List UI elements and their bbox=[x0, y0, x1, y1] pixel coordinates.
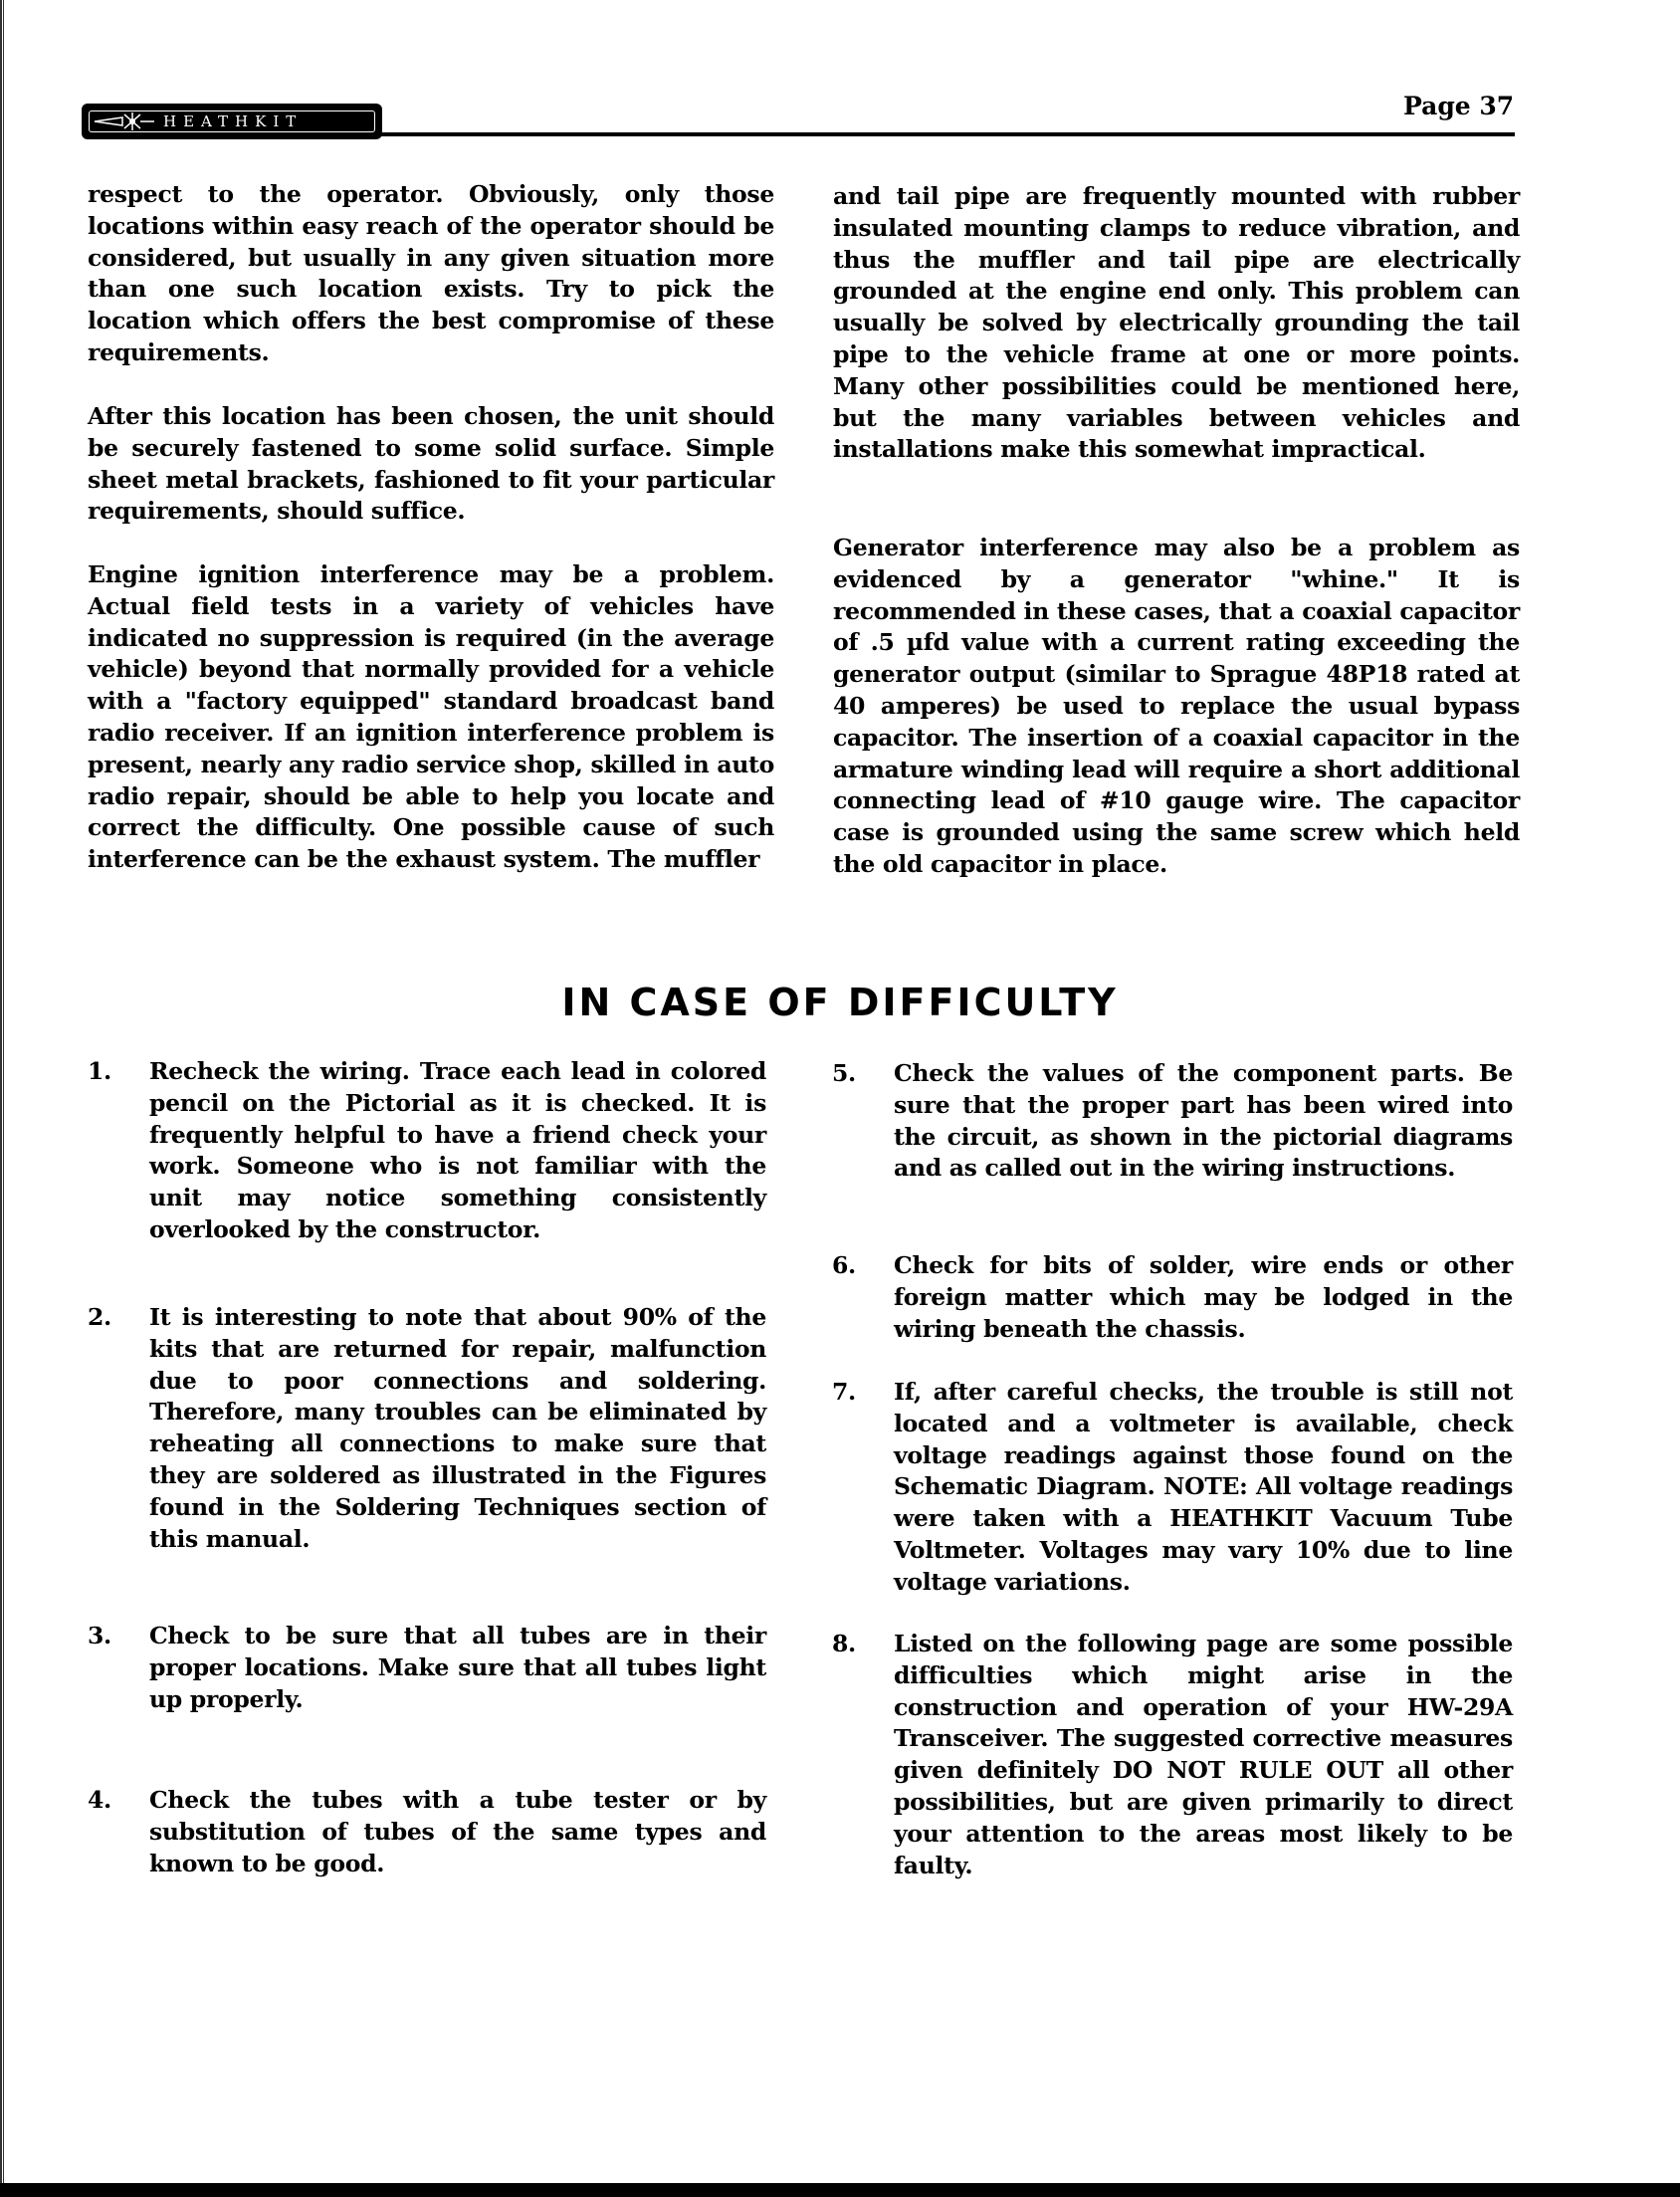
list-item: 2. It is interesting to note that about … bbox=[88, 1302, 766, 1555]
atom-star-icon bbox=[90, 111, 159, 131]
scan-bottom-edge bbox=[0, 2183, 1680, 2197]
paragraph-mounting: After this location has been chosen, the… bbox=[88, 401, 774, 528]
list-item: 5. Check the values of the component par… bbox=[832, 1058, 1513, 1185]
paragraph-ignition-interference: Engine ignition interference may be a pr… bbox=[88, 559, 774, 876]
list-item: 1. Recheck the wiring. Trace each lead i… bbox=[88, 1056, 766, 1246]
item-text: Check for bits of solder, wire ends or o… bbox=[894, 1250, 1513, 1345]
list-item: 6. Check for bits of solder, wire ends o… bbox=[832, 1250, 1513, 1345]
list-item: 4. Check the tubes with a tube tester or… bbox=[88, 1785, 766, 1879]
item-text: Recheck the wiring. Trace each lead in c… bbox=[149, 1056, 766, 1246]
paragraph-tail-pipe: and tail pipe are frequently mounted wit… bbox=[833, 181, 1520, 466]
paragraph-generator-interference: Generator interference may also be a pro… bbox=[833, 533, 1520, 881]
item-text: Check the tubes with a tube tester or by… bbox=[149, 1785, 766, 1879]
list-item: 3. Check to be sure that all tubes are i… bbox=[88, 1621, 766, 1715]
item-text: Check the values of the component parts.… bbox=[894, 1058, 1513, 1185]
list-item: 7. If, after careful checks, the trouble… bbox=[832, 1377, 1513, 1599]
item-number: 3. bbox=[88, 1621, 149, 1715]
page-number: Page 37 bbox=[1403, 92, 1514, 120]
item-number: 2. bbox=[88, 1302, 149, 1555]
item-text: Listed on the following page are some po… bbox=[894, 1629, 1513, 1881]
item-number: 8. bbox=[832, 1629, 894, 1881]
heathkit-logo: HEATHKIT bbox=[82, 104, 382, 139]
section-title: IN CASE OF DIFFICULTY bbox=[0, 981, 1680, 1024]
scan-edge bbox=[0, 0, 6, 2197]
item-text: It is interesting to note that about 90%… bbox=[149, 1302, 766, 1555]
list-item: 8. Listed on the following page are some… bbox=[832, 1629, 1513, 1881]
item-text: Check to be sure that all tubes are in t… bbox=[149, 1621, 766, 1715]
item-number: 1. bbox=[88, 1056, 149, 1246]
logo-text: HEATHKIT bbox=[159, 112, 303, 130]
item-text: If, after careful checks, the trouble is… bbox=[894, 1377, 1513, 1599]
item-number: 7. bbox=[832, 1377, 894, 1599]
item-number: 4. bbox=[88, 1785, 149, 1879]
item-number: 5. bbox=[832, 1058, 894, 1185]
paragraph-operator-location: respect to the operator. Obviously, only… bbox=[88, 179, 774, 369]
item-number: 6. bbox=[832, 1250, 894, 1345]
header-rule bbox=[380, 132, 1515, 136]
